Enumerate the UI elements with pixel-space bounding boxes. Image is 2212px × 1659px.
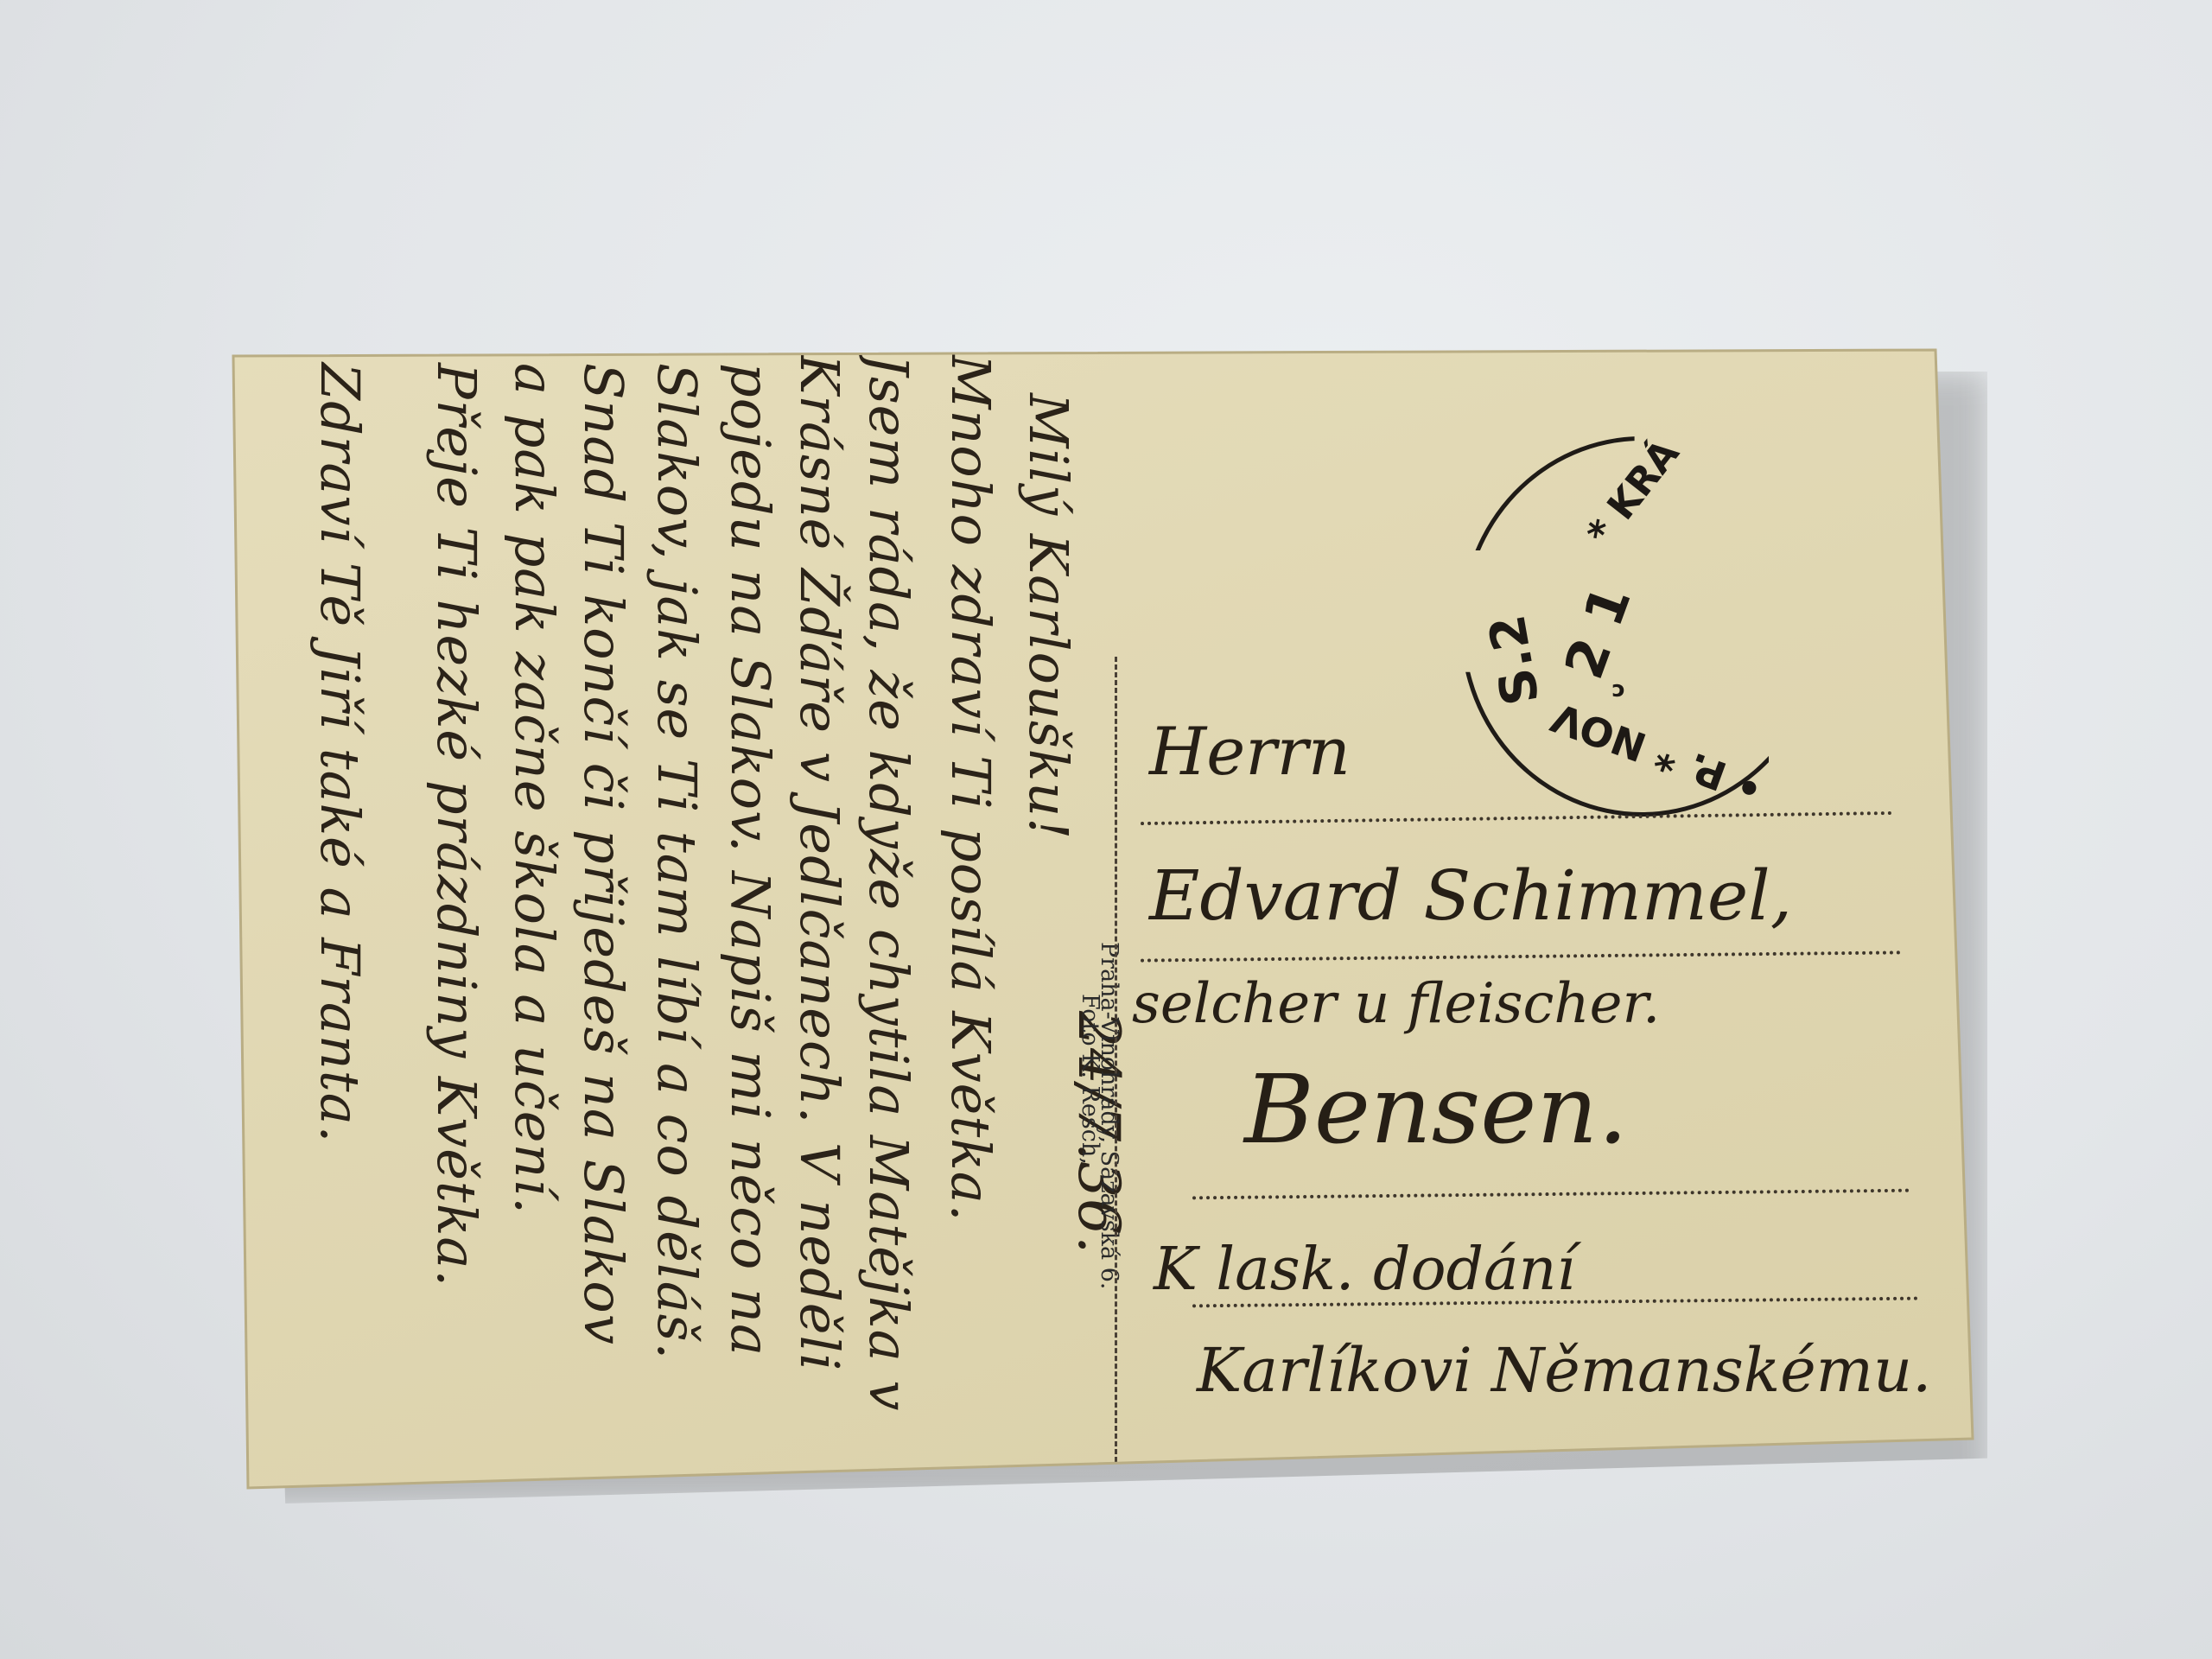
letter-line-6: Snad Ti končí či přijedeš na Slakov	[572, 363, 635, 1345]
address-rule-1	[1141, 811, 1892, 825]
imprint-line-2: Praha-Vinohrady, Sázavská 6.	[1094, 942, 1123, 1289]
address-recipient-line: Karlíkovi Němanskému.	[1197, 1335, 1931, 1406]
address-rule-3	[1192, 1189, 1910, 1200]
address-occupation: selcher u fleischer.	[1132, 972, 1660, 1036]
address-rule-2	[1141, 950, 1901, 962]
letter-line-7: a pak pak začne škola a učení.	[503, 363, 566, 1215]
letter-line-5: Slakov, jak se Ti tam líbí a co děláš.	[645, 363, 709, 1360]
letter-line-4: pojedu na Slakov. Napiš mi něco na	[719, 363, 782, 1357]
address-note: K lask. dodání	[1154, 1236, 1575, 1304]
letter-greeting: Milý Karloušku!	[1017, 393, 1080, 840]
letter-line-3: Krásné Žďáře v Jedlčanech. V neděli	[788, 354, 851, 1371]
postmark-small-mark: c	[1611, 678, 1624, 704]
center-divider	[1115, 657, 1117, 1478]
address-name: Edvard Schimmel,	[1149, 855, 1792, 936]
postmark: * KRÁ 2 1 S.2 c • P. * NOV	[1460, 436, 1823, 817]
letter-line-1: Mnoho zdraví Ti posílá Květka.	[939, 354, 1002, 1222]
letter-line-9: Zdraví Tě Jiří také a Franta.	[308, 363, 372, 1143]
postmark-date: 2 1	[1552, 577, 1643, 686]
letter-line-8: Přeje Ti hezké prázdniny Květka.	[425, 363, 488, 1287]
address-salutation: Herrn	[1149, 713, 1351, 790]
address-city: Bensen.	[1244, 1054, 1628, 1165]
postcard: Milý Karloušku! Mnoho zdraví Ti posílá K…	[0, 0, 2212, 1659]
letter-line-2: Jsem ráda, že kdyže chytila Matějka v	[857, 354, 920, 1411]
